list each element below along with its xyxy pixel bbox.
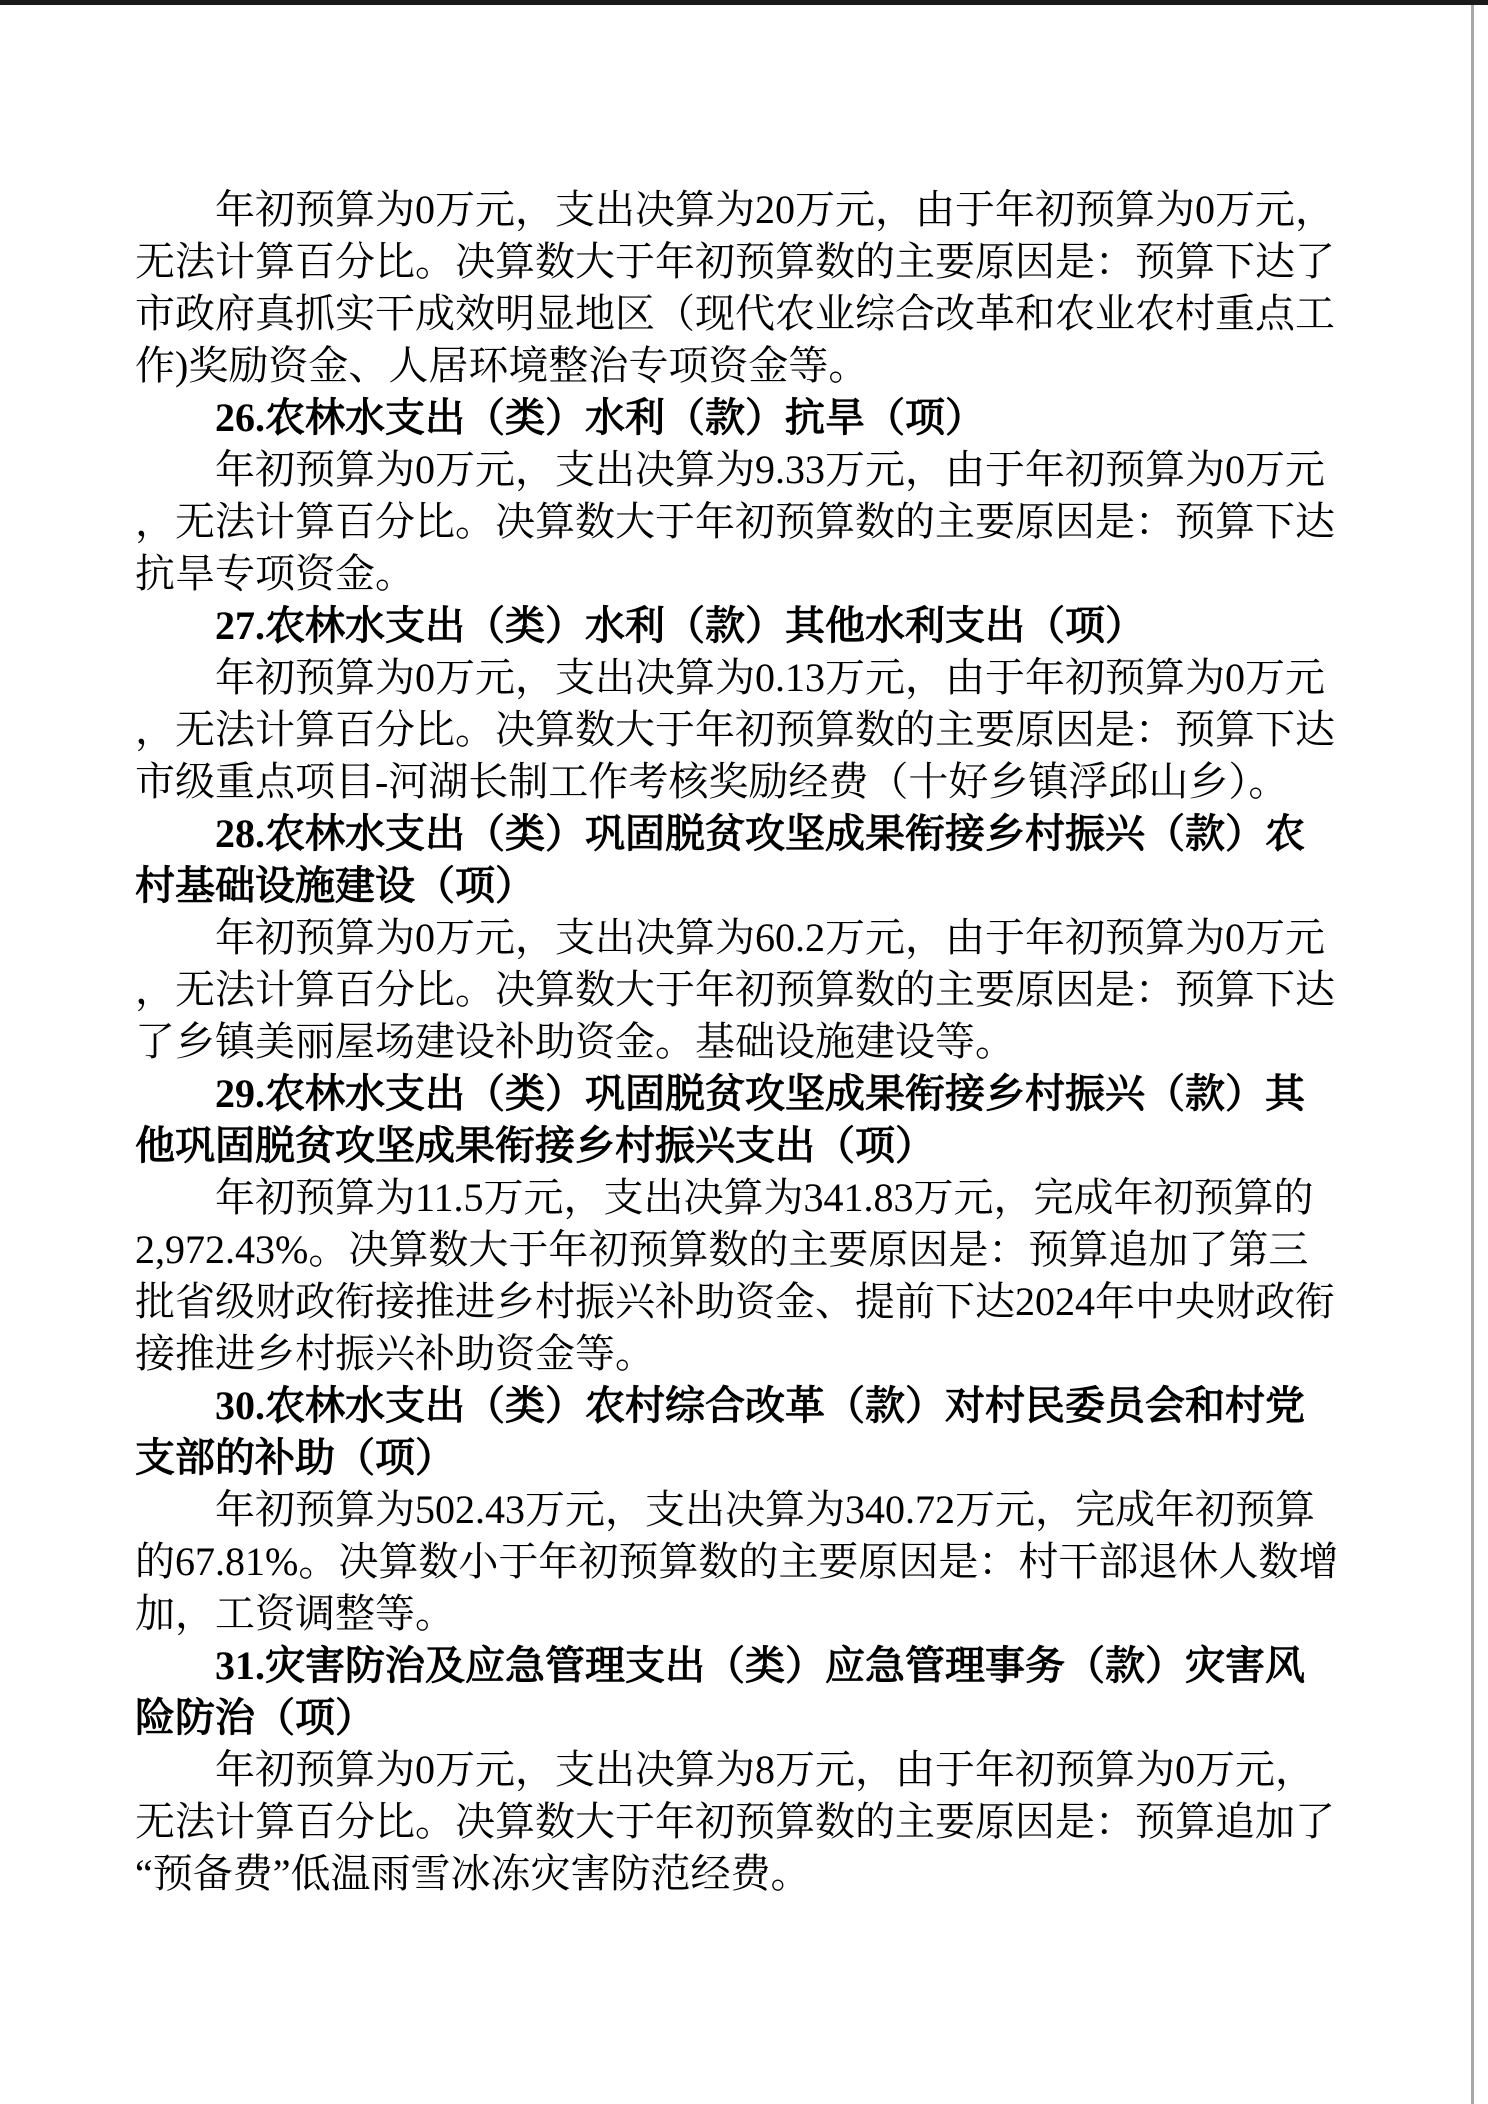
paragraph-line: ，无法计算百分比。决算数大于年初预算数的主要原因是：预算下达 <box>135 496 1345 548</box>
paragraph-line: 年初预算为0万元，支出决算为8万元，由于年初预算为0万元， <box>135 1744 1345 1796</box>
paragraph-line: 了乡镇美丽屋场建设补助资金。基础设施建设等。 <box>135 1016 1345 1068</box>
page-right-edge-line <box>1471 5 1474 2104</box>
paragraph-line: 抗旱专项资金。 <box>135 548 1345 600</box>
paragraph-line: ，无法计算百分比。决算数大于年初预算数的主要原因是：预算下达 <box>135 704 1345 756</box>
paragraph-line: 年初预算为0万元，支出决算为60.2万元，由于年初预算为0万元 <box>135 912 1345 964</box>
budget-item-heading: 26.农林水支出（类）水利（款）抗旱（项） <box>135 392 1345 444</box>
paragraph-line: 的67.81%。决算数小于年初预算数的主要原因是：村干部退休人数增 <box>135 1536 1345 1588</box>
heading-line: 26.农林水支出（类）水利（款）抗旱（项） <box>135 392 1345 444</box>
heading-line: 他巩固脱贫攻坚成果衔接乡村振兴支出（项） <box>135 1120 1345 1172</box>
paragraph-line: 市政府真抓实干成效明显地区（现代农业综合改革和农业农村重点工 <box>135 288 1345 340</box>
paragraph-line: 作)奖励资金、人居环境整治专项资金等。 <box>135 340 1345 392</box>
budget-item-heading: 29.农林水支出（类）巩固脱贫攻坚成果衔接乡村振兴（款）其他巩固脱贫攻坚成果衔接… <box>135 1068 1345 1172</box>
paragraph-line: 无法计算百分比。决算数大于年初预算数的主要原因是：预算追加了 <box>135 1796 1345 1848</box>
paragraph-line: 批省级财政衔接推进乡村振兴补助资金、提前下达2024年中央财政衔 <box>135 1276 1345 1328</box>
budget-paragraph: 年初预算为0万元，支出决算为20万元，由于年初预算为0万元，无法计算百分比。决算… <box>135 184 1345 392</box>
page-top-border <box>0 0 1488 5</box>
paragraph-line: 无法计算百分比。决算数大于年初预算数的主要原因是：预算下达了 <box>135 236 1345 288</box>
paragraph-line: 年初预算为0万元，支出决算为9.33万元，由于年初预算为0万元 <box>135 444 1345 496</box>
budget-item-heading: 28.农林水支出（类）巩固脱贫攻坚成果衔接乡村振兴（款）农村基础设施建设（项） <box>135 808 1345 912</box>
paragraph-line: 市级重点项目-河湖长制工作考核奖励经费（十好乡镇浮邱山乡）。 <box>135 756 1345 808</box>
paragraph-line: 年初预算为0万元，支出决算为0.13万元，由于年初预算为0万元 <box>135 652 1345 704</box>
heading-line: 29.农林水支出（类）巩固脱贫攻坚成果衔接乡村振兴（款）其 <box>135 1068 1345 1120</box>
heading-line: 村基础设施建设（项） <box>135 860 1345 912</box>
paragraph-line: 2,972.43%。决算数大于年初预算数的主要原因是：预算追加了第三 <box>135 1224 1345 1276</box>
document-content: 年初预算为0万元，支出决算为20万元，由于年初预算为0万元，无法计算百分比。决算… <box>135 184 1345 1900</box>
budget-paragraph: 年初预算为0万元，支出决算为8万元，由于年初预算为0万元，无法计算百分比。决算数… <box>135 1744 1345 1900</box>
budget-item-heading: 31.灾害防治及应急管理支出（类）应急管理事务（款）灾害风险防治（项） <box>135 1640 1345 1744</box>
heading-line: 支部的补助（项） <box>135 1432 1345 1484</box>
budget-paragraph: 年初预算为502.43万元，支出决算为340.72万元，完成年初预算的67.81… <box>135 1484 1345 1640</box>
budget-paragraph: 年初预算为0万元，支出决算为9.33万元，由于年初预算为0万元，无法计算百分比。… <box>135 444 1345 600</box>
heading-line: 27.农林水支出（类）水利（款）其他水利支出（项） <box>135 600 1345 652</box>
heading-line: 28.农林水支出（类）巩固脱贫攻坚成果衔接乡村振兴（款）农 <box>135 808 1345 860</box>
paragraph-line: 年初预算为11.5万元，支出决算为341.83万元，完成年初预算的 <box>135 1172 1345 1224</box>
heading-line: 险防治（项） <box>135 1692 1345 1744</box>
budget-paragraph: 年初预算为0万元，支出决算为60.2万元，由于年初预算为0万元，无法计算百分比。… <box>135 912 1345 1068</box>
budget-item-heading: 27.农林水支出（类）水利（款）其他水利支出（项） <box>135 600 1345 652</box>
paragraph-line: 年初预算为0万元，支出决算为20万元，由于年初预算为0万元， <box>135 184 1345 236</box>
paragraph-line: 加，工资调整等。 <box>135 1588 1345 1640</box>
budget-paragraph: 年初预算为0万元，支出决算为0.13万元，由于年初预算为0万元，无法计算百分比。… <box>135 652 1345 808</box>
heading-line: 30.农林水支出（类）农村综合改革（款）对村民委员会和村党 <box>135 1380 1345 1432</box>
paragraph-line: ，无法计算百分比。决算数大于年初预算数的主要原因是：预算下达 <box>135 964 1345 1016</box>
budget-paragraph: 年初预算为11.5万元，支出决算为341.83万元，完成年初预算的2,972.4… <box>135 1172 1345 1380</box>
paragraph-line: 接推进乡村振兴补助资金等。 <box>135 1328 1345 1380</box>
heading-line: 31.灾害防治及应急管理支出（类）应急管理事务（款）灾害风 <box>135 1640 1345 1692</box>
paragraph-line: “预备费”低温雨雪冰冻灾害防范经费。 <box>135 1848 1345 1900</box>
paragraph-line: 年初预算为502.43万元，支出决算为340.72万元，完成年初预算 <box>135 1484 1345 1536</box>
budget-item-heading: 30.农林水支出（类）农村综合改革（款）对村民委员会和村党支部的补助（项） <box>135 1380 1345 1484</box>
